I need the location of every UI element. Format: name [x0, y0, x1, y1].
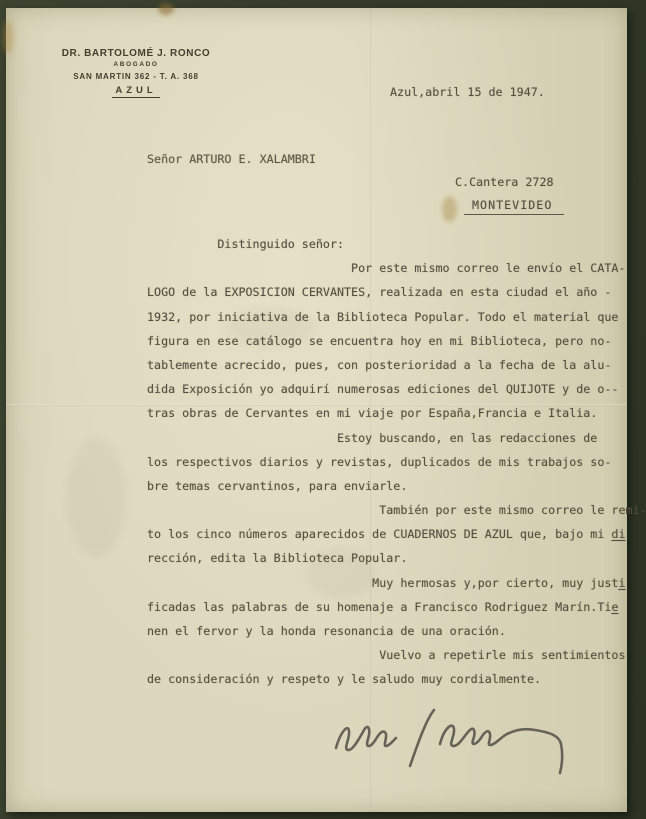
- letterhead-title: ABOGADO: [50, 61, 222, 68]
- hyphen-underline: e: [611, 600, 618, 614]
- typed-line: nen el fervor y la honda resonancia de u…: [147, 619, 646, 643]
- typed-line: 1932, por iniciativa de la Biblioteca Po…: [147, 305, 646, 329]
- letterhead: DR. BARTOLOMÉ J. RONCO ABOGADO SAN MARTI…: [50, 48, 222, 98]
- recipient-city-line: MONTEVIDEO: [464, 198, 564, 215]
- typed-line: LOGO de la EXPOSICION CERVANTES, realiza…: [147, 280, 646, 304]
- typed-line: los respectivos diarios y revistas, dupl…: [147, 450, 646, 474]
- typed-line: rección, edita la Biblioteca Popular.: [147, 546, 646, 570]
- handwritten-signature-icon: [322, 708, 582, 786]
- hyphen-underline: di: [611, 527, 625, 541]
- typed-line: Vuelvo a repetirle mis sentimientos: [147, 643, 646, 667]
- letterhead-address: SAN MARTIN 362 - T. A. 368: [50, 72, 222, 81]
- typed-line: ficadas las palabras de su homenaje a Fr…: [147, 595, 646, 619]
- typed-line: to los cinco números aparecidos de CUADE…: [147, 522, 646, 546]
- typed-line: También por este mismo correo le remi-: [147, 498, 646, 522]
- typed-line: figura en ese catálogo se encuentra hoy …: [147, 329, 646, 353]
- typed-line: bre temas cervantinos, para enviarle.: [147, 474, 646, 498]
- typed-line: Por este mismo correo le envío el CATA-: [147, 256, 646, 280]
- typed-line: tras obras de Cervantes en mi viaje por …: [147, 401, 646, 425]
- letter-body: Distinguido señor: Por este mismo correo…: [147, 232, 646, 692]
- date-line: Azul,abril 15 de 1947.: [390, 85, 545, 99]
- recipient-address-line: C.Cantera 2728: [455, 175, 554, 189]
- typed-line: dida Exposición yo adquirí numerosas edi…: [147, 377, 646, 401]
- letterhead-name: DR. BARTOLOMÉ J. RONCO: [50, 48, 222, 59]
- typed-line: Muy hermosas y,por cierto, muy justi: [147, 571, 646, 595]
- typed-line: tablemente acrecido, pues, con posterior…: [147, 353, 646, 377]
- typed-line: de consideración y respeto y le saludo m…: [147, 667, 646, 691]
- letter-page: DR. BARTOLOMÉ J. RONCO ABOGADO SAN MARTI…: [6, 8, 627, 812]
- hyphen-underline: i: [618, 576, 625, 590]
- typed-line: Distinguido señor:: [147, 232, 646, 256]
- paper-stain: [158, 3, 174, 15]
- paper-stain: [442, 196, 457, 222]
- scanned-letter-background: { "scan": { "background_color": "#343b2a…: [0, 0, 646, 819]
- recipient-name-line: Señor ARTURO E. XALAMBRI: [147, 152, 316, 166]
- bleed-through-mark: [66, 438, 126, 558]
- paper-stain: [3, 20, 13, 54]
- typed-line: Estoy buscando, en las redacciones de: [147, 426, 646, 450]
- letterhead-city: AZUL: [50, 85, 222, 98]
